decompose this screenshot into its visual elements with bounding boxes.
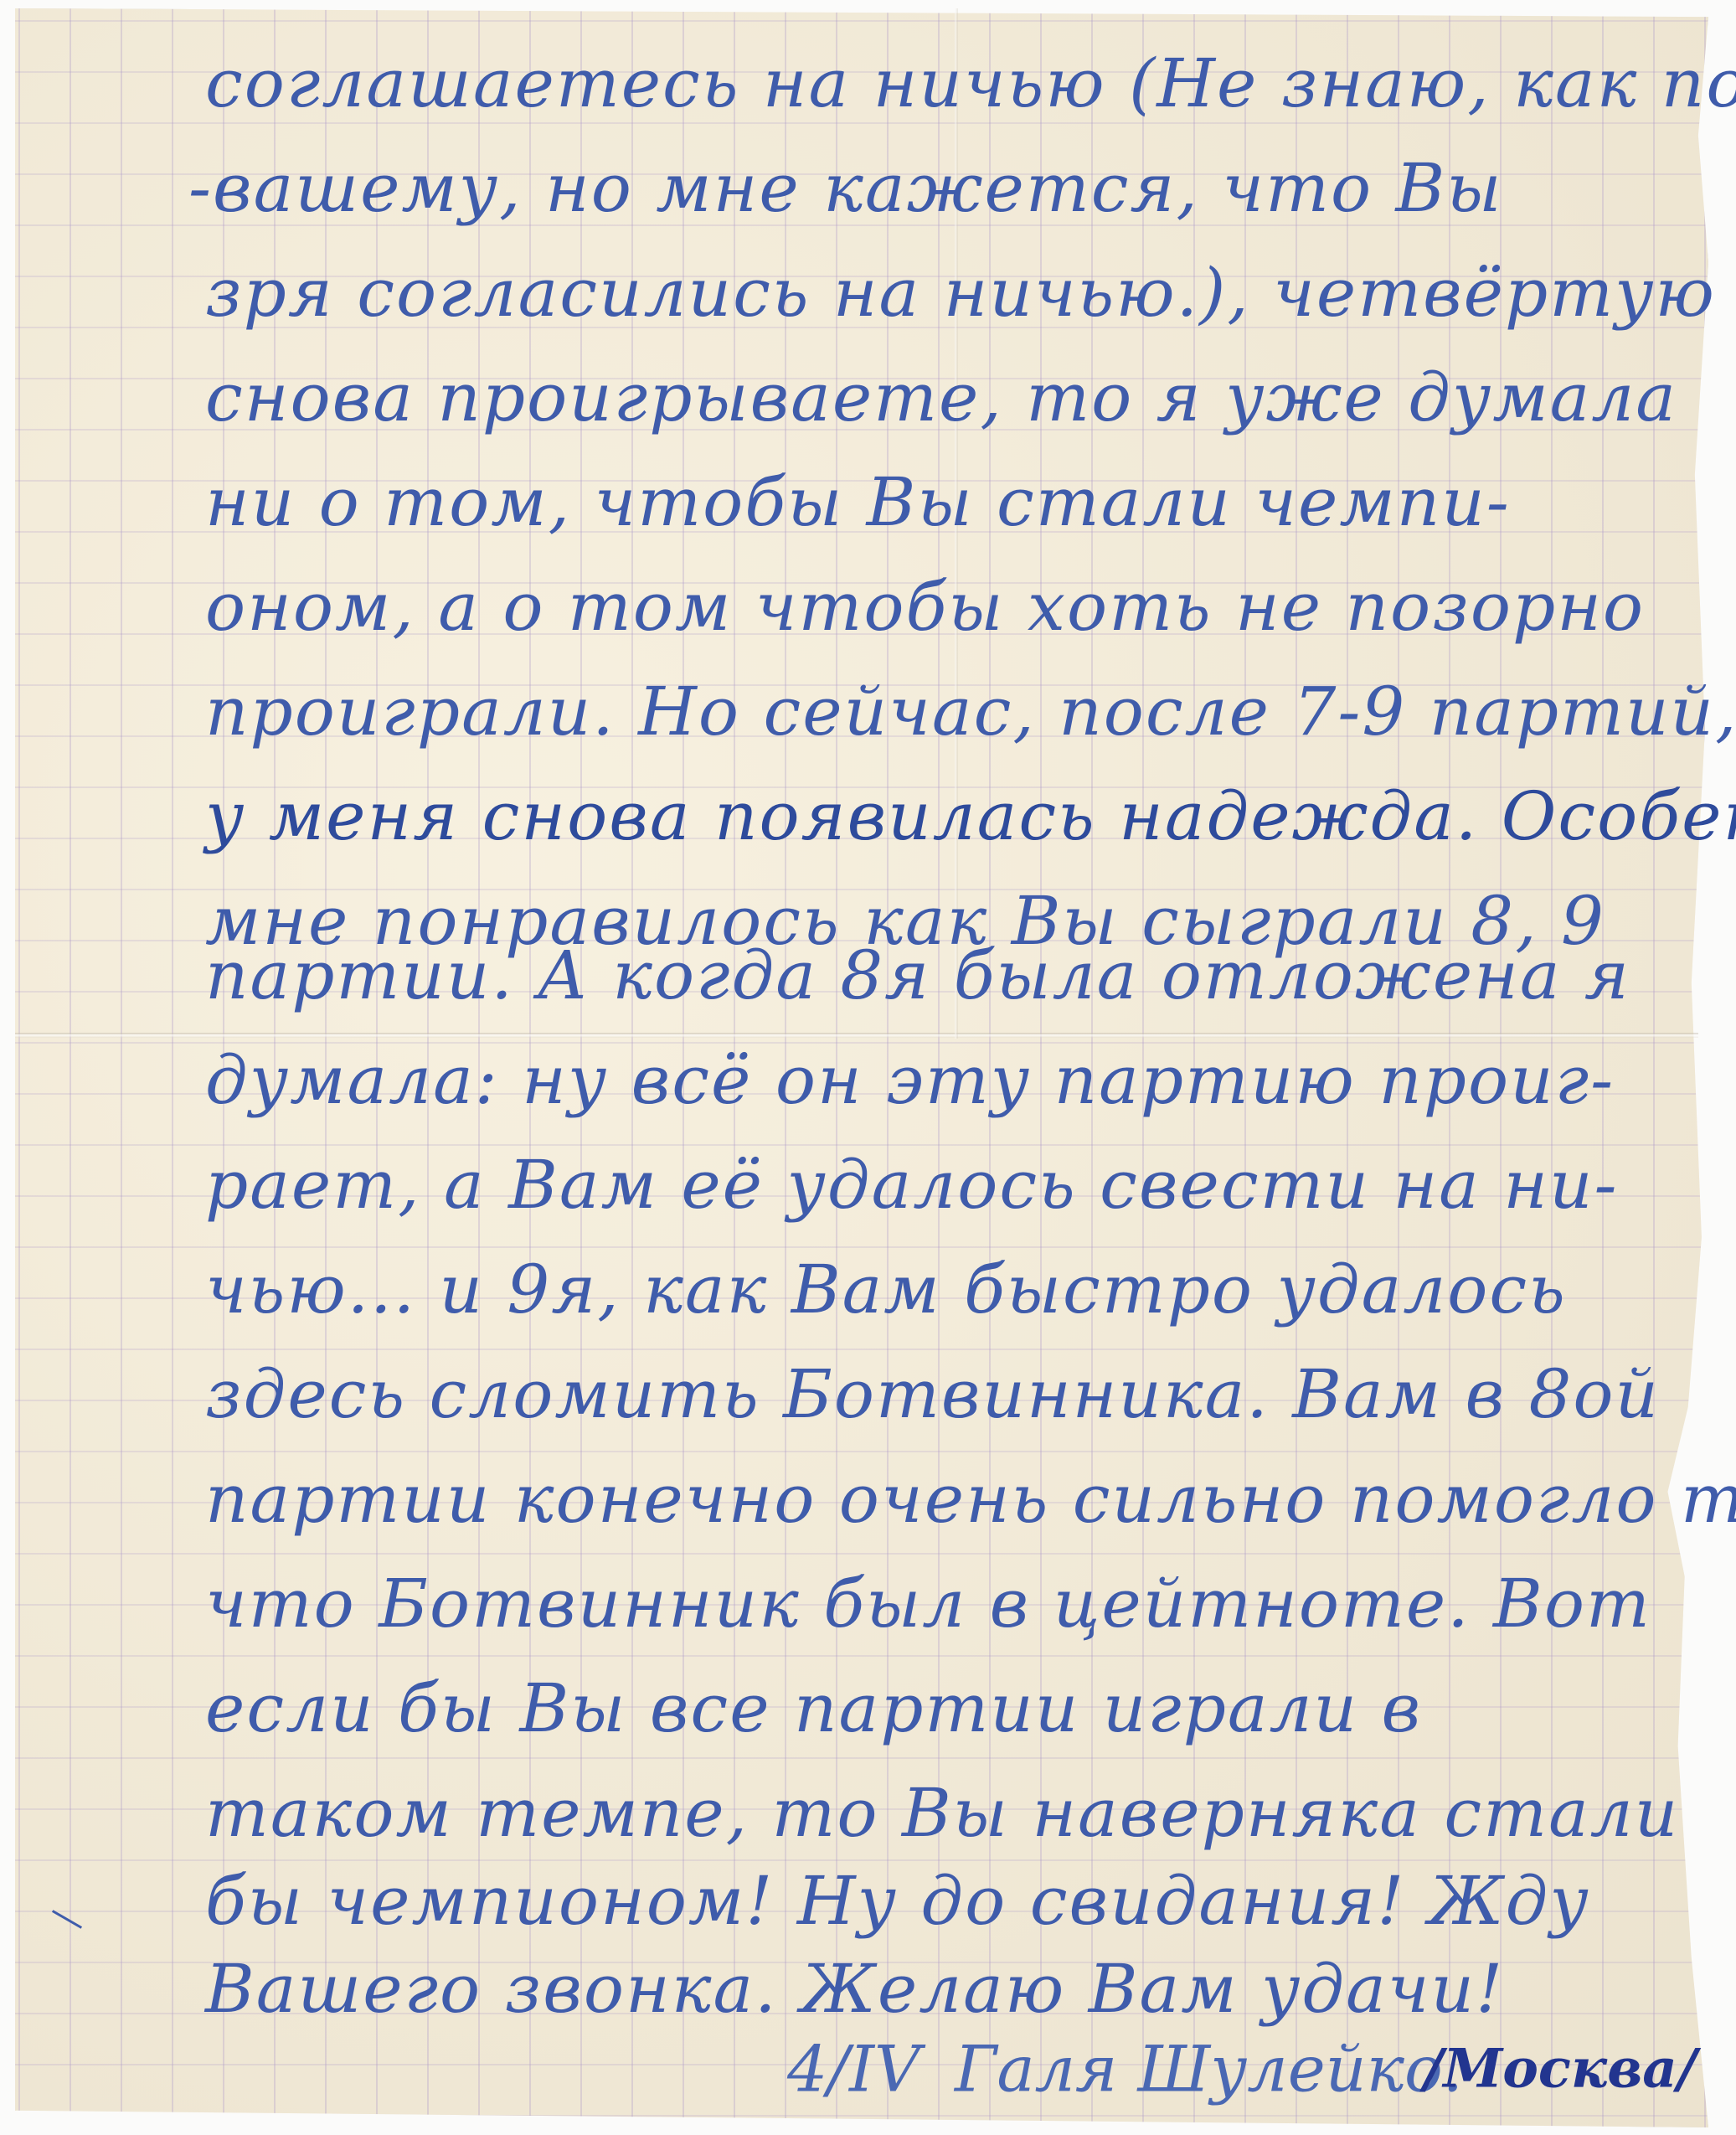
letter-line: снова проигрываете, то я уже думала xyxy=(205,364,1677,431)
letter-line: таком темпе, то Вы наверняка стали xyxy=(205,1780,1679,1847)
letter-line: рает, а Вам её удалось свести на ни- xyxy=(205,1152,1619,1219)
letter-line: у меня снова появилась надежда. Особенно xyxy=(205,783,1736,850)
letter-line: партии. А когда 8я была отложена я xyxy=(205,942,1630,1009)
letter-line: ни о том, чтобы Вы стали чемпи- xyxy=(205,469,1511,536)
horizontal-fold-crease xyxy=(15,1033,1698,1038)
letter-line: чью... и 9я, как Вам быстро удалось xyxy=(205,1256,1567,1323)
letter-line: если бы Вы все партии играли в xyxy=(205,1675,1422,1742)
signature-date: 4/IV xyxy=(787,2032,920,2107)
letter-line: проиграли. Но сейчас, после 7-9 партий, xyxy=(205,678,1736,745)
letter-line: что Ботвинник был в цейтноте. Вот xyxy=(205,1570,1651,1637)
letter-line: оном, а о том чтобы хоть не позорно xyxy=(205,574,1645,641)
signature-city: /Москва/ xyxy=(1424,2038,1697,2101)
letter-line: бы чемпионом! Ну до свидания! Жду xyxy=(205,1868,1590,1935)
letter-line: здесь сломить Ботвинника. Вам в 8ой xyxy=(205,1361,1660,1428)
letter-line: думала: ну всё он эту партию проиг- xyxy=(205,1047,1615,1114)
letter-line: Вашего звонка. Желаю Вам удачи! xyxy=(205,1956,1504,2023)
letter-line: зря согласились на ничью.), четвёртую xyxy=(205,260,1716,327)
letter-line: соглашаетесь на ничью (Не знаю, как по- xyxy=(205,50,1736,117)
letter-line: -вашему, но мне кажется, что Вы xyxy=(188,155,1503,222)
signature-name: Галя Шулейко. xyxy=(955,2032,1463,2107)
letter-line: партии конечно очень сильно помогло то, xyxy=(205,1466,1736,1533)
